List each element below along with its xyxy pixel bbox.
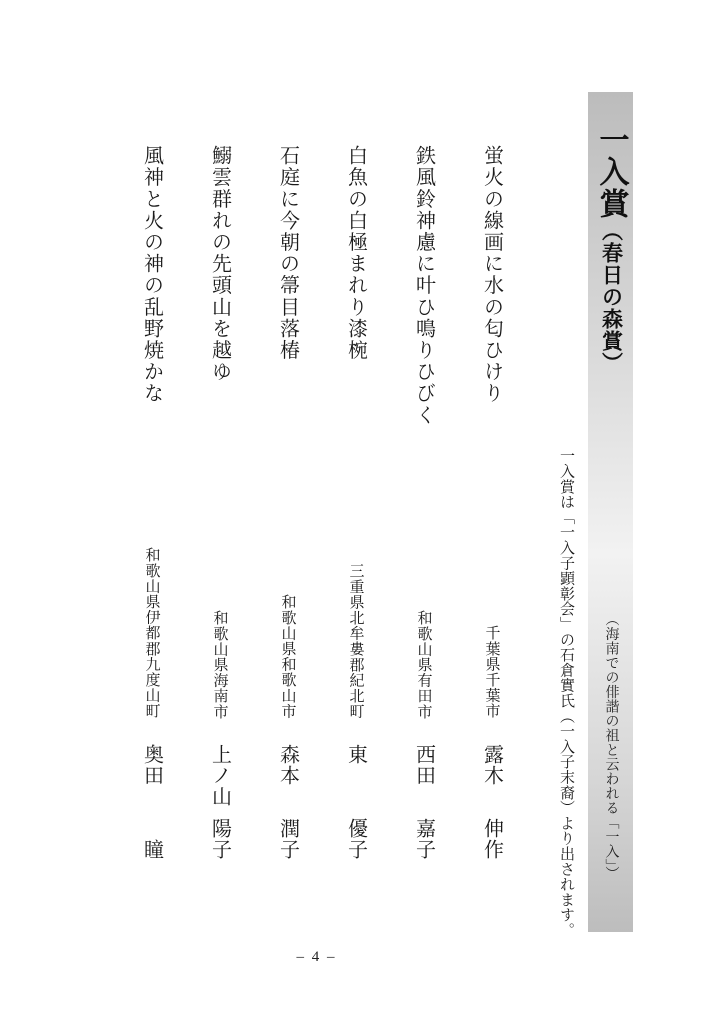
entry-column: 石庭に今朝の箒目落椿 和歌山県和歌山市 森本 潤子 — [254, 145, 322, 860]
author-given-name: 陽子 — [206, 818, 235, 860]
author-given-name: 瞳 — [138, 839, 167, 860]
author-surname: 上ノ山 — [206, 744, 235, 807]
author-name: 森本 潤子 — [274, 744, 303, 860]
author-surname: 奥田 — [138, 744, 167, 786]
author-given-name: 優子 — [342, 818, 371, 860]
haiku-text: 風神と火の神の乱野焼かな — [138, 145, 167, 404]
author-name: 西田 嘉子 — [410, 744, 439, 860]
entry-column: 白魚の白極まれり漆椀 三重県北牟婁郡紀北町 東 優子 — [322, 145, 390, 860]
author-given-name: 嘉子 — [410, 818, 439, 860]
haiku-entries: 蛍火の線画に水の匂ひけり 千葉県千葉市 露木 伸作 鉄風鈴神慮に叶ひ鳴りひびく … — [118, 145, 526, 860]
haiku-text: 鰯雲群れの先頭山を越ゆ — [206, 145, 235, 383]
haiku-text: 白魚の白極まれり漆椀 — [342, 145, 371, 361]
author-location: 和歌山県有田市 — [414, 610, 435, 719]
award-intro-text: 一入賞は「一入子顕彰会」の石倉實氏（一入子末裔）より出されます。 — [556, 448, 577, 938]
haiku-text: 石庭に今朝の箒目落椿 — [274, 145, 303, 361]
author-surname: 東 — [342, 744, 371, 765]
entry-column: 鰯雲群れの先頭山を越ゆ 和歌山県海南市 上ノ山 陽子 — [186, 145, 254, 860]
author-name: 露木 伸作 — [478, 744, 507, 860]
author-location: 和歌山県伊都郡九度山町 — [142, 547, 163, 719]
award-title-main: 一入賞 — [595, 124, 628, 220]
author-given-name: 潤子 — [274, 818, 303, 860]
award-title: 一入賞（春日の森賞） — [589, 124, 633, 374]
award-title-sub: （春日の森賞） — [600, 220, 623, 374]
haiku-text: 蛍火の線画に水の匂ひけり — [478, 145, 507, 404]
page-number: – 4 – — [0, 949, 633, 966]
author-location: 三重県北牟婁郡紀北町 — [346, 563, 367, 719]
award-band: 一入賞（春日の森賞） （海南での俳諧の祖と云われる「一入」） — [588, 92, 633, 932]
entry-column: 風神と火の神の乱野焼かな 和歌山県伊都郡九度山町 奥田 瞳 — [118, 145, 186, 860]
author-location: 和歌山県海南市 — [210, 610, 231, 719]
author-name: 奥田 瞳 — [138, 744, 167, 860]
author-surname: 西田 — [410, 744, 439, 786]
entry-column: 蛍火の線画に水の匂ひけり 千葉県千葉市 露木 伸作 — [458, 145, 526, 860]
author-location: 千葉県千葉市 — [482, 625, 503, 719]
author-name: 東 優子 — [342, 744, 371, 860]
author-name: 上ノ山 陽子 — [206, 744, 235, 860]
document-page: 一入賞（春日の森賞） （海南での俳諧の祖と云われる「一入」） 一入賞は「一入子顕… — [0, 0, 725, 1024]
author-surname: 森本 — [274, 744, 303, 786]
haiku-text: 鉄風鈴神慮に叶ひ鳴りひびく — [410, 145, 439, 426]
author-given-name: 伸作 — [478, 818, 507, 860]
author-location: 和歌山県和歌山市 — [278, 594, 299, 719]
award-band-note: （海南での俳諧の祖と云われる「一入」） — [601, 612, 621, 881]
author-surname: 露木 — [478, 744, 507, 786]
entry-column: 鉄風鈴神慮に叶ひ鳴りひびく 和歌山県有田市 西田 嘉子 — [390, 145, 458, 860]
